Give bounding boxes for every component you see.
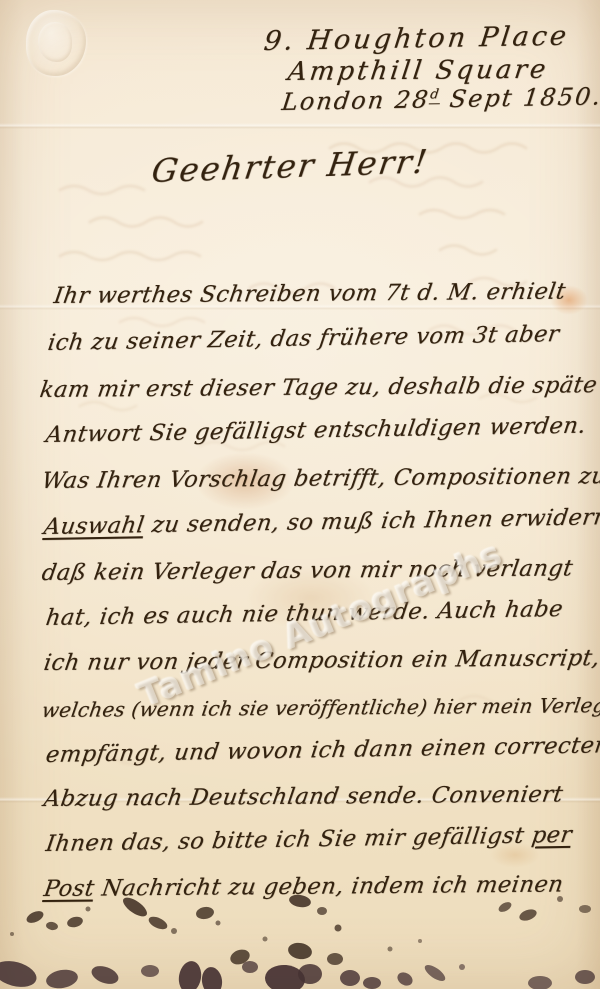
body-line-6: Auswahl zu senden, so muß ich Ihnen erwi… — [42, 504, 600, 540]
salutation: Geehrter Herr! — [149, 142, 431, 190]
body-line-10: welches (wenn ich sie veröffentliche) hi… — [40, 693, 600, 722]
body-line-6-rest: zu senden, so muß ich Ihnen erwidern, — [143, 504, 600, 538]
body-line-14-rest: Nachricht zu geben, indem ich meinen — [92, 871, 565, 901]
body-line-14: Post Nachricht zu geben, indem ich meine… — [42, 871, 565, 902]
underlined-word: Post — [42, 876, 96, 902]
body-line-11: empfängt, und wovon ich dann einen corre… — [44, 732, 600, 768]
body-line-7: daß kein Verleger das von mir noch verla… — [40, 555, 575, 586]
date-line: London 28d Sept 1850. — [280, 82, 600, 116]
embossed-seal — [26, 10, 86, 76]
body-line-3: kam mir erst dieser Tage zu, deshalb die… — [38, 372, 599, 403]
body-line-5: Was Ihren Vorschlag betrifft, Compositio… — [40, 463, 600, 494]
body-line-1: Ihr werthes Schreiben vom 7t d. M. erhie… — [52, 279, 567, 309]
body-line-13: Ihnen das, so bitte ich Sie mir gefällig… — [44, 822, 574, 857]
embossed-seal-crest — [38, 22, 72, 62]
body-line-2: ich zu seiner Zeit, das frühere vom 3t a… — [46, 321, 561, 356]
address-line-2: Ampthill Square — [286, 55, 550, 87]
underlined-word: Auswahl — [42, 512, 146, 540]
date-month-year: Sept 1850. — [438, 82, 600, 113]
date-city-day: London 28 — [280, 85, 431, 116]
underlined-word: per — [530, 822, 574, 849]
body-line-4: Antwort Sie gefälligst entschuldigen wer… — [44, 413, 588, 448]
letter-photograph: 9. Houghton Place Ampthill Square London… — [0, 0, 600, 989]
fold-line-top — [0, 123, 600, 129]
body-line-9: ich nur von jeder Composition ein Manusc… — [42, 645, 600, 676]
body-line-8: hat, ich es auch nie thun werde. Auch ha… — [44, 596, 565, 631]
address-line-1: 9. Houghton Place — [262, 21, 571, 57]
body-line-12: Abzug nach Deutschland sende. Conveniert — [42, 781, 565, 812]
body-line-13-pre: Ihnen das, so bitte ich Sie mir gefällig… — [44, 823, 533, 857]
